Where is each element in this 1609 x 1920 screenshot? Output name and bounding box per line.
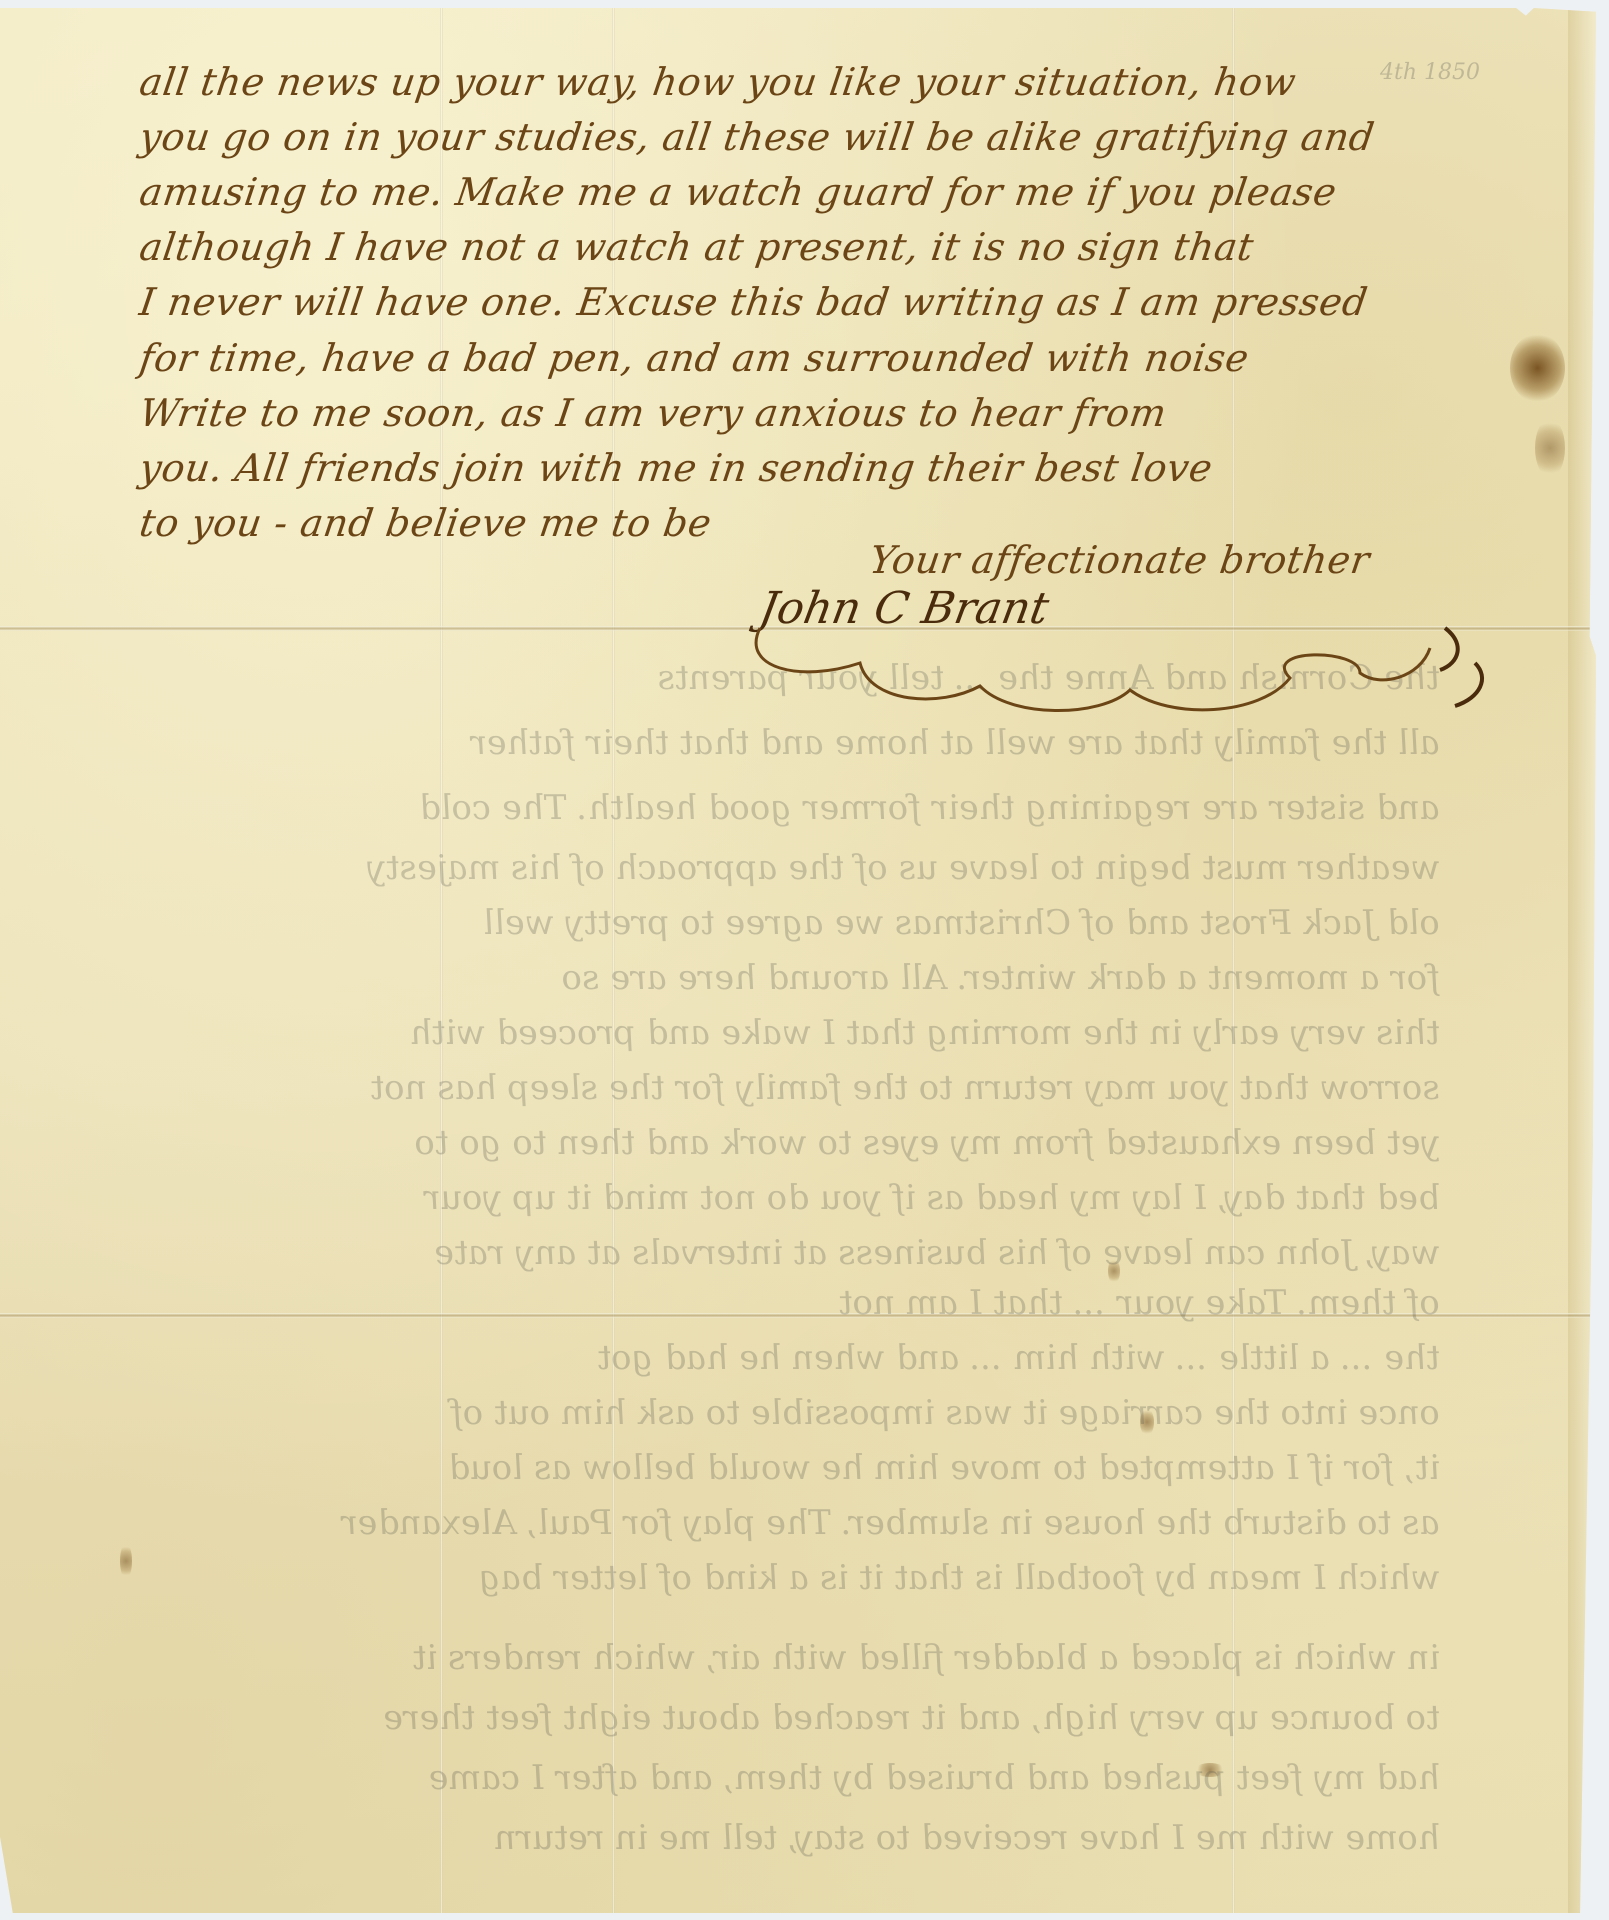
bleed-through-date-mark: 4th 1850	[1380, 60, 1480, 85]
letter-line: to you - and believe me to be	[137, 501, 715, 545]
letter-line: I never will have one. Excuse this bad w…	[137, 280, 1371, 324]
letter-line: you. All friends join with me in sending…	[137, 446, 1216, 490]
letter-closing: Your affectionate brother	[867, 538, 1373, 582]
signature-flourish	[740, 608, 1500, 728]
ink-stain	[1535, 418, 1565, 478]
letter-line: for time, have a bad pen, and am surroun…	[137, 336, 1252, 380]
letter-line: amusing to me. Make me a watch guard for…	[137, 170, 1340, 214]
letter-line: Write to me soon, as I am very anxious t…	[137, 391, 1170, 435]
letter-line: although I have not a watch at present, …	[137, 225, 1257, 269]
letter-page: 4th 1850 the Cornish and Anne the ... te…	[0, 8, 1596, 1913]
ink-blot	[1510, 333, 1565, 403]
right-fold-panel	[1568, 8, 1596, 1913]
letter-line: you go on in your studies, all these wil…	[137, 115, 1377, 159]
letter-line: all the news up your way, how you like y…	[137, 60, 1299, 104]
